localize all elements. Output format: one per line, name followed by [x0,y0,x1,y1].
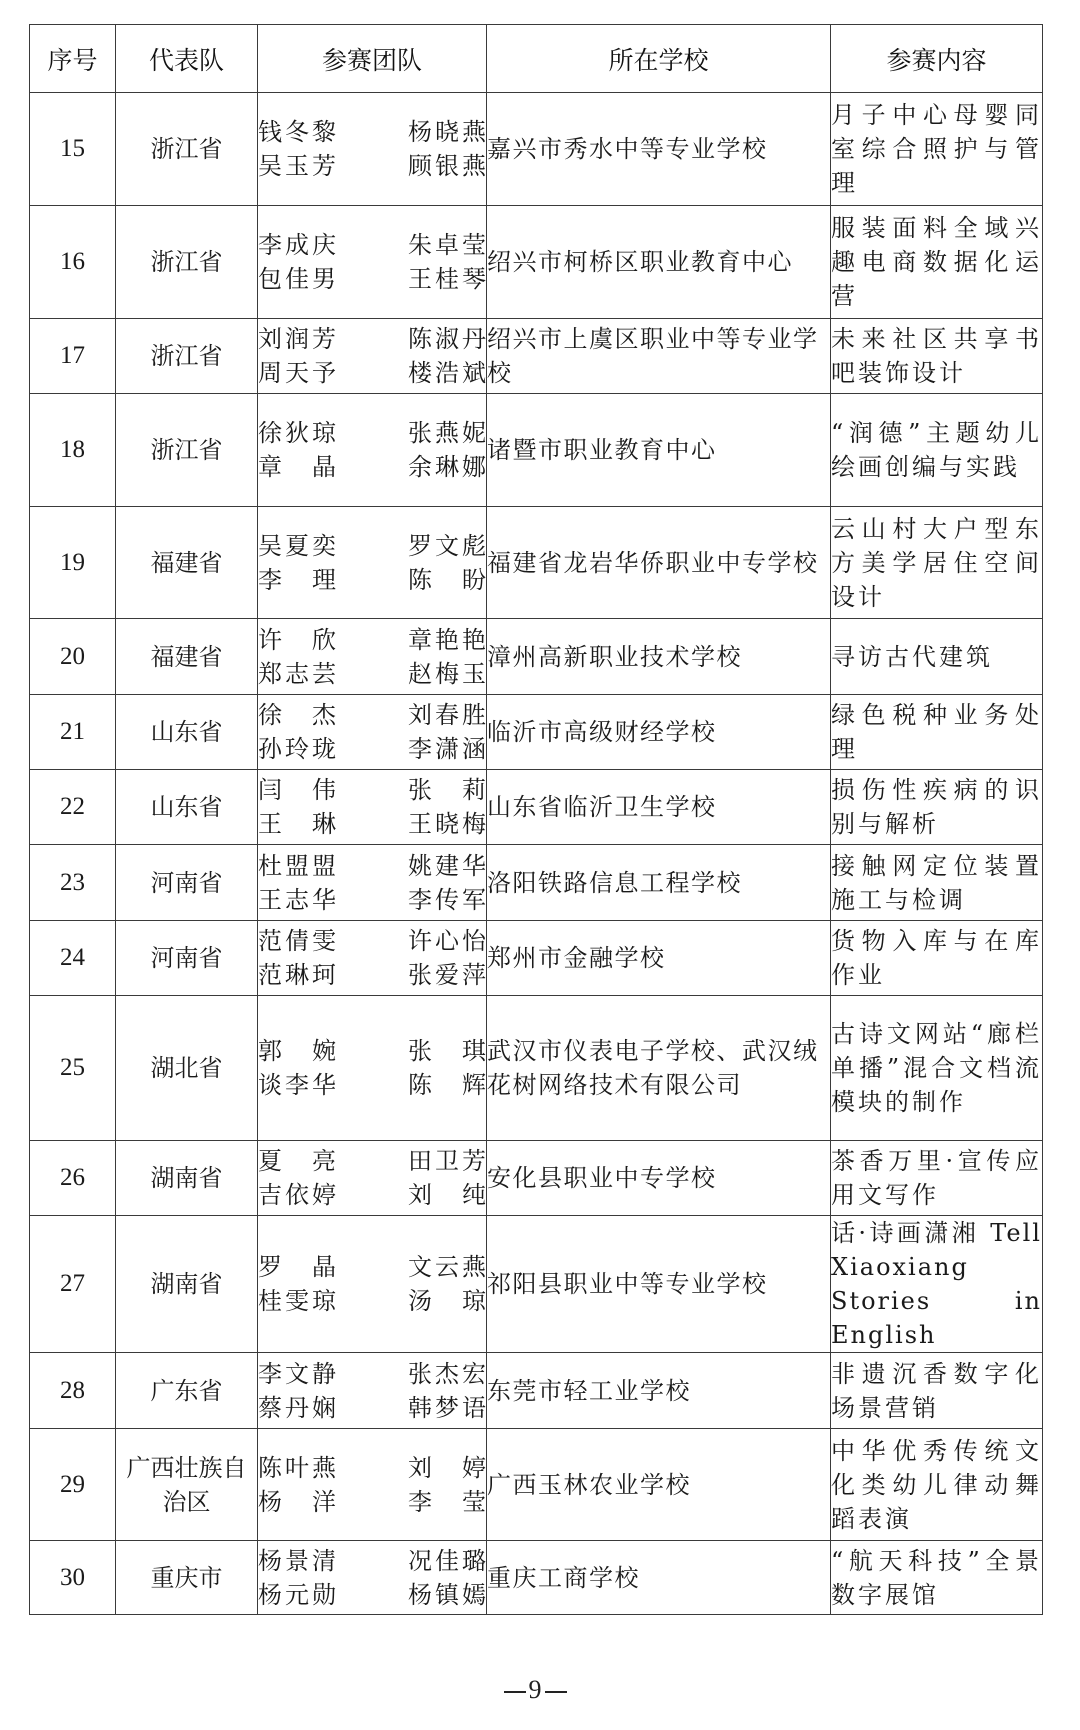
member-line: 蔡丹娴韩梦语 [258,1391,486,1425]
cell-school: 洛阳铁路信息工程学校 [487,845,831,921]
cell-team-members: 陈叶燕刘婷杨洋李莹 [258,1429,487,1541]
table-row: 28广东省李文静张杰宏蔡丹娴韩梦语东莞市轻工业学校非遗沉香数字化场景营销 [30,1353,1043,1429]
cell-serial-number: 17 [30,319,116,394]
member-name: 孙玲珑 [258,732,336,766]
member-name: 李传军 [408,883,486,917]
cell-school: 郑州市金融学校 [487,921,831,996]
member-name: 谈李华 [258,1068,336,1102]
member-name: 徐杰 [258,698,336,732]
cell-team-members: 郭婉张琪谈李华陈辉 [258,996,487,1141]
cell-delegation: 山东省 [116,695,258,770]
cell-team-members: 闫伟张莉王琳王晓梅 [258,770,487,845]
cell-team-members: 罗晶文云燕桂雯琼汤琼 [258,1216,487,1353]
member-name: 顾银燕 [408,149,486,183]
cell-serial-number: 21 [30,695,116,770]
member-name: 章晶 [258,450,336,484]
member-name: 李潇涵 [408,732,486,766]
cell-serial-number: 27 [30,1216,116,1353]
member-name: 吉依婷 [258,1178,336,1212]
table-row: 17浙江省刘润芳陈淑丹周天予楼浩斌绍兴市上虞区职业中等专业学校未来社区共享书吧装… [30,319,1043,394]
participants-table: 序号 代表队 参赛团队 所在学校 参赛内容 15浙江省钱冬黎杨晓燕吴玉芳顾银燕嘉… [29,24,1043,1615]
cell-school: 祁阳县职业中等专业学校 [487,1216,831,1353]
table-row: 19福建省吴夏奕罗文彪李理陈盼福建省龙岩华侨职业中专学校云山村大户型东方美学居住… [30,507,1043,619]
member-line: 周天予楼浩斌 [258,356,486,390]
cell-entry-content: 非遗沉香数字化场景营销 [831,1353,1043,1429]
member-line: 谈李华陈辉 [258,1068,486,1102]
table-row: 25湖北省郭婉张琪谈李华陈辉武汉市仪表电子学校、武汉绒花树网络技术有限公司古诗文… [30,996,1043,1141]
cell-delegation: 广西壮族自治区 [116,1429,258,1541]
member-name: 李成庆 [258,228,336,262]
cell-entry-content: 云山村大户型东方美学居住空间设计 [831,507,1043,619]
member-name: 吴玉芳 [258,149,336,183]
member-name: 赵梅玉 [408,657,486,691]
cell-delegation: 浙江省 [116,319,258,394]
member-name: 刘婷 [408,1451,486,1485]
cell-serial-number: 20 [30,619,116,695]
member-name: 陈淑丹 [408,322,486,356]
member-name: 张爱萍 [408,958,486,992]
member-name: 章艳艳 [408,623,486,657]
cell-entry-content: 绿色税种业务处理 [831,695,1043,770]
cell-serial-number: 16 [30,206,116,319]
member-line: 郑志芸赵梅玉 [258,657,486,691]
member-name: 罗晶 [258,1250,336,1284]
cell-serial-number: 28 [30,1353,116,1429]
cell-school: 东莞市轻工业学校 [487,1353,831,1429]
member-line: 吴玉芳顾银燕 [258,149,486,183]
member-name: 罗文彪 [408,529,486,563]
cell-delegation: 浙江省 [116,394,258,507]
header-team-members: 参赛团队 [258,25,487,93]
cell-school: 重庆工商学校 [487,1541,831,1615]
cell-entry-content: 月子中心母婴同室综合照护与管理 [831,93,1043,206]
member-name: 王琳 [258,807,336,841]
member-line: 罗晶文云燕 [258,1250,486,1284]
member-name: 王晓梅 [408,807,486,841]
member-name: 王志华 [258,883,336,917]
member-line: 李文静张杰宏 [258,1357,486,1391]
cell-delegation: 浙江省 [116,206,258,319]
member-line: 杨洋李莹 [258,1485,486,1519]
member-name: 陈盼 [408,563,486,597]
cell-entry-content: 损伤性疾病的识别与解析 [831,770,1043,845]
member-line: 刘润芳陈淑丹 [258,322,486,356]
cell-school: 安化县职业中专学校 [487,1141,831,1216]
member-name: 范倩雯 [258,924,336,958]
cell-team-members: 杨景清况佳璐杨元勋杨镇嫣 [258,1541,487,1615]
cell-school: 广西玉林农业学校 [487,1429,831,1541]
table-row: 27湖南省罗晶文云燕桂雯琼汤琼祁阳县职业中等专业学校话·诗画潇湘 Tell Xi… [30,1216,1043,1353]
cell-entry-content: 货物入库与在库作业 [831,921,1043,996]
page-number-value: 9 [529,1675,542,1704]
member-name: 范琳珂 [258,958,336,992]
member-line: 钱冬黎杨晓燕 [258,115,486,149]
member-name: 韩梦语 [408,1391,486,1425]
member-name: 杨洋 [258,1485,336,1519]
member-line: 范琳珂张爱萍 [258,958,486,992]
member-line: 孙玲珑李潇涵 [258,732,486,766]
cell-school: 漳州高新职业技术学校 [487,619,831,695]
member-line: 包佳男王桂琴 [258,262,486,296]
member-line: 徐狄琼张燕妮 [258,416,486,450]
cell-delegation: 河南省 [116,845,258,921]
cell-delegation: 福建省 [116,619,258,695]
member-line: 杨元勋杨镇嫣 [258,1578,486,1612]
cell-delegation: 广东省 [116,1353,258,1429]
member-name: 包佳男 [258,262,336,296]
member-line: 闫伟张莉 [258,773,486,807]
member-name: 王桂琴 [408,262,486,296]
dash-left [504,1691,526,1693]
cell-entry-content: 未来社区共享书吧装饰设计 [831,319,1043,394]
cell-team-members: 刘润芳陈淑丹周天予楼浩斌 [258,319,487,394]
cell-delegation: 湖南省 [116,1141,258,1216]
member-line: 王志华李传军 [258,883,486,917]
cell-delegation: 山东省 [116,770,258,845]
cell-school: 福建省龙岩华侨职业中专学校 [487,507,831,619]
member-name: 郑志芸 [258,657,336,691]
document-page: 序号 代表队 参赛团队 所在学校 参赛内容 15浙江省钱冬黎杨晓燕吴玉芳顾银燕嘉… [0,0,1080,1730]
member-line: 陈叶燕刘婷 [258,1451,486,1485]
cell-delegation: 浙江省 [116,93,258,206]
member-name: 陈叶燕 [258,1451,336,1485]
cell-delegation: 湖北省 [116,996,258,1141]
cell-delegation: 福建省 [116,507,258,619]
member-name: 徐狄琼 [258,416,336,450]
member-line: 吴夏奕罗文彪 [258,529,486,563]
member-name: 钱冬黎 [258,115,336,149]
member-line: 王琳王晓梅 [258,807,486,841]
table-row: 22山东省闫伟张莉王琳王晓梅山东省临沂卫生学校损伤性疾病的识别与解析 [30,770,1043,845]
member-name: 刘润芳 [258,322,336,356]
member-name: 桂雯琼 [258,1284,336,1318]
cell-delegation: 河南省 [116,921,258,996]
cell-school: 绍兴市柯桥区职业教育中心 [487,206,831,319]
cell-entry-content: “润德”主题幼儿绘画创编与实践 [831,394,1043,507]
cell-school: 诸暨市职业教育中心 [487,394,831,507]
member-name: 许欣 [258,623,336,657]
cell-team-members: 许欣章艳艳郑志芸赵梅玉 [258,619,487,695]
member-name: 吴夏奕 [258,529,336,563]
member-line: 范倩雯许心怡 [258,924,486,958]
member-name: 田卫芳 [408,1144,486,1178]
member-name: 刘纯 [408,1178,486,1212]
header-entry-content: 参赛内容 [831,25,1043,93]
cell-serial-number: 23 [30,845,116,921]
member-name: 李莹 [408,1485,486,1519]
member-name: 杨元勋 [258,1578,336,1612]
cell-team-members: 徐杰刘春胜孙玲珑李潇涵 [258,695,487,770]
table-header-row: 序号 代表队 参赛团队 所在学校 参赛内容 [30,25,1043,93]
member-name: 郭婉 [258,1034,336,1068]
dash-right [545,1691,567,1693]
member-name: 杨镇嫣 [408,1578,486,1612]
cell-team-members: 范倩雯许心怡范琳珂张爱萍 [258,921,487,996]
table-row: 18浙江省徐狄琼张燕妮章晶余琳娜诸暨市职业教育中心“润德”主题幼儿绘画创编与实践 [30,394,1043,507]
cell-team-members: 徐狄琼张燕妮章晶余琳娜 [258,394,487,507]
cell-entry-content: “航天科技”全景数字展馆 [831,1541,1043,1615]
cell-team-members: 吴夏奕罗文彪李理陈盼 [258,507,487,619]
header-delegation: 代表队 [116,25,258,93]
table-row: 29广西壮族自治区陈叶燕刘婷杨洋李莹广西玉林农业学校中华优秀传统文化类幼儿律动舞… [30,1429,1043,1541]
member-line: 吉依婷刘纯 [258,1178,486,1212]
cell-team-members: 夏亮田卫芳吉依婷刘纯 [258,1141,487,1216]
member-name: 姚建华 [408,849,486,883]
cell-delegation: 湖南省 [116,1216,258,1353]
table-body: 15浙江省钱冬黎杨晓燕吴玉芳顾银燕嘉兴市秀水中等专业学校月子中心母婴同室综合照护… [30,93,1043,1615]
cell-serial-number: 19 [30,507,116,619]
cell-school: 武汉市仪表电子学校、武汉绒花树网络技术有限公司 [487,996,831,1141]
member-name: 陈辉 [408,1068,486,1102]
member-name: 况佳璐 [408,1544,486,1578]
member-name: 朱卓莹 [408,228,486,262]
member-line: 徐杰刘春胜 [258,698,486,732]
cell-entry-content: 接触网定位装置施工与检调 [831,845,1043,921]
member-name: 张琪 [408,1034,486,1068]
cell-serial-number: 29 [30,1429,116,1541]
table-row: 24河南省范倩雯许心怡范琳珂张爱萍郑州市金融学校货物入库与在库作业 [30,921,1043,996]
cell-serial-number: 26 [30,1141,116,1216]
cell-entry-content: 古诗文网站“廊栏单播”混合文档流模块的制作 [831,996,1043,1141]
cell-entry-content: 服装面料全域兴趣电商数据化运营 [831,206,1043,319]
cell-team-members: 李文静张杰宏蔡丹娴韩梦语 [258,1353,487,1429]
table-row: 26湖南省夏亮田卫芳吉依婷刘纯安化县职业中专学校茶香万里·宣传应用文写作 [30,1141,1043,1216]
member-name: 李理 [258,563,336,597]
table-row: 20福建省许欣章艳艳郑志芸赵梅玉漳州高新职业技术学校寻访古代建筑 [30,619,1043,695]
member-line: 郭婉张琪 [258,1034,486,1068]
member-name: 夏亮 [258,1144,336,1178]
member-name: 刘春胜 [408,698,486,732]
member-name: 周天予 [258,356,336,390]
cell-team-members: 李成庆朱卓莹包佳男王桂琴 [258,206,487,319]
member-name: 杨景清 [258,1544,336,1578]
cell-entry-content: 寻访古代建筑 [831,619,1043,695]
member-line: 杨景清况佳璐 [258,1544,486,1578]
cell-entry-content: 中华优秀传统文化类幼儿律动舞蹈表演 [831,1429,1043,1541]
cell-delegation: 重庆市 [116,1541,258,1615]
table-row: 30重庆市杨景清况佳璐杨元勋杨镇嫣重庆工商学校“航天科技”全景数字展馆 [30,1541,1043,1615]
member-name: 余琳娜 [408,450,486,484]
cell-entry-content: 茶香万里·宣传应用文写作 [831,1141,1043,1216]
member-name: 文云燕 [408,1250,486,1284]
cell-serial-number: 22 [30,770,116,845]
member-name: 李文静 [258,1357,336,1391]
member-name: 张燕妮 [408,416,486,450]
member-name: 汤琼 [408,1284,486,1318]
member-name: 张莉 [408,773,486,807]
cell-team-members: 杜盟盟姚建华王志华李传军 [258,845,487,921]
cell-school: 山东省临沂卫生学校 [487,770,831,845]
member-name: 许心怡 [408,924,486,958]
table-row: 16浙江省李成庆朱卓莹包佳男王桂琴绍兴市柯桥区职业教育中心服装面料全域兴趣电商数… [30,206,1043,319]
member-name: 蔡丹娴 [258,1391,336,1425]
member-line: 许欣章艳艳 [258,623,486,657]
member-line: 李成庆朱卓莹 [258,228,486,262]
cell-serial-number: 18 [30,394,116,507]
member-line: 桂雯琼汤琼 [258,1284,486,1318]
member-name: 楼浩斌 [408,356,486,390]
member-name: 杨晓燕 [408,115,486,149]
cell-serial-number: 25 [30,996,116,1141]
cell-school: 绍兴市上虞区职业中等专业学校 [487,319,831,394]
member-name: 张杰宏 [408,1357,486,1391]
table-row: 15浙江省钱冬黎杨晓燕吴玉芳顾银燕嘉兴市秀水中等专业学校月子中心母婴同室综合照护… [30,93,1043,206]
member-name: 闫伟 [258,773,336,807]
member-name: 杜盟盟 [258,849,336,883]
cell-school: 嘉兴市秀水中等专业学校 [487,93,831,206]
header-serial-number: 序号 [30,25,116,93]
header-school: 所在学校 [487,25,831,93]
member-line: 夏亮田卫芳 [258,1144,486,1178]
member-line: 李理陈盼 [258,563,486,597]
cell-school: 临沂市高级财经学校 [487,695,831,770]
cell-serial-number: 30 [30,1541,116,1615]
page-number: 9 [0,1675,1070,1705]
cell-team-members: 钱冬黎杨晓燕吴玉芳顾银燕 [258,93,487,206]
member-line: 章晶余琳娜 [258,450,486,484]
member-line: 杜盟盟姚建华 [258,849,486,883]
table-row: 21山东省徐杰刘春胜孙玲珑李潇涵临沂市高级财经学校绿色税种业务处理 [30,695,1043,770]
cell-serial-number: 24 [30,921,116,996]
table-row: 23河南省杜盟盟姚建华王志华李传军洛阳铁路信息工程学校接触网定位装置施工与检调 [30,845,1043,921]
cell-serial-number: 15 [30,93,116,206]
cell-entry-content: 话·诗画潇湘 Tell Xiaoxiang Stories in English [831,1216,1043,1353]
